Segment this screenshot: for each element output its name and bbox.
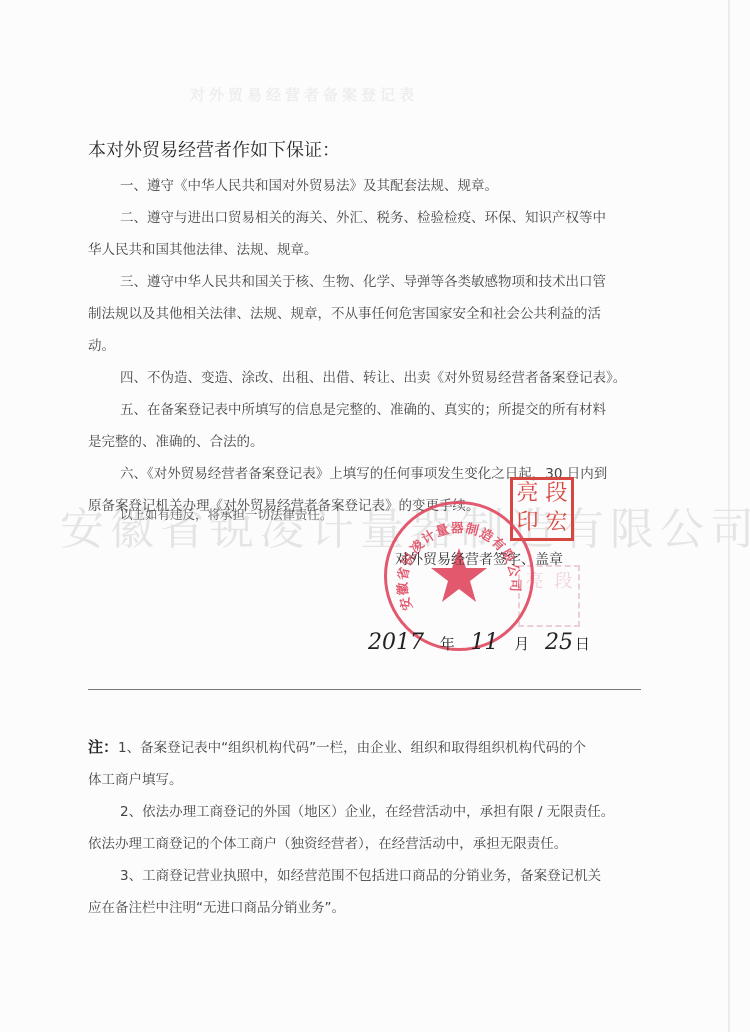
seal-star-icon: 安徽省锐凌计量器制造有限公司 — [387, 504, 531, 648]
date-month: 11 — [470, 630, 498, 655]
note-2: 2、依法办理工商登记的外国（地区）企业，在经营活动中，承担有限 / 无限责任。 — [88, 796, 648, 828]
signature-label: 对外贸易经营者签字、盖章 — [395, 549, 563, 569]
notes-section: 注：1、备案登记表中“组织机构代码”一栏，由企业、组织和取得组织机构代码的个 体… — [88, 731, 648, 924]
date-day: 25 — [545, 630, 573, 655]
bleed-through-title: 对外贸易经营者备案登记表 — [190, 84, 418, 105]
date-year: 2017 — [368, 630, 424, 655]
section-divider — [88, 689, 641, 690]
clause-4: 四、不伪造、变造、涂改、出租、出借、转让、出卖《对外贸易经营者备案登记表》。 — [88, 362, 648, 394]
clause-3: 三、遵守中华人民共和国关于核、生物、化学、导弹等各类敏感物项和技术出口管 制法规… — [88, 266, 648, 362]
company-round-seal: 安徽省锐凌计量器制造有限公司 — [384, 501, 534, 651]
clause-1: 一、遵守《中华人民共和国对外贸易法》及其配套法规、规章。 — [88, 170, 648, 202]
guarantee-heading: 本对外贸易经营者作如下保证： — [88, 136, 340, 162]
signed-date: 2017 年 11 月 25日 — [368, 630, 600, 655]
scanned-document-page: 对外贸易经营者备案登记表 安徽省锐凌计量器制造有限公司 本对外贸易经营者作如下保… — [0, 0, 750, 1032]
clause-2: 二、遵守与进出口贸易相关的海关、外汇、税务、检验检疫、环保、知识产权等中 华人民… — [88, 202, 648, 266]
clause-5: 五、在备案登记表中所填写的信息是完整的、准确的、真实的；所提交的所有材料 是完整… — [88, 394, 648, 458]
note-3: 3、工商登记营业执照中，如经营范围不包括进口商品的分销业务，备案登记机关 — [88, 860, 648, 892]
notes-label: 注： — [88, 738, 118, 756]
